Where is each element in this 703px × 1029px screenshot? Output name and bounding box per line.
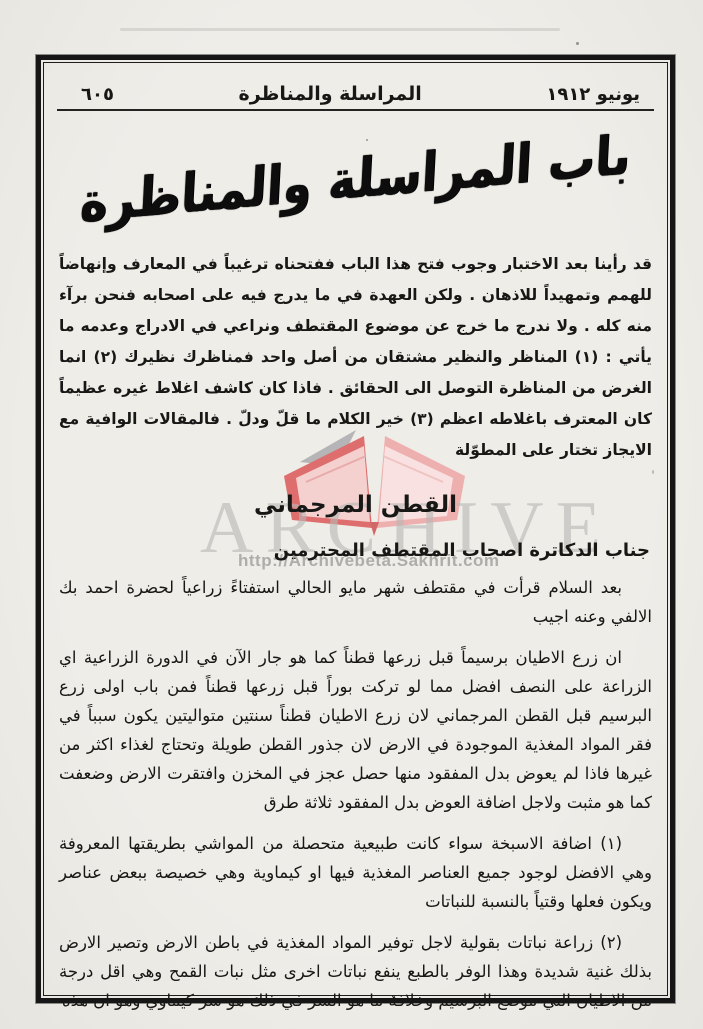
article-heading: القطن المرجماني [57,492,654,518]
editorial-intro: قد رأينا بعد الاختبار وجوب فتح هذا الباب… [59,249,652,466]
article-paragraph: بعد السلام قرأت في مقتطف شهر مايو الحالي… [59,573,652,631]
scan-speck [576,42,579,45]
scanned-magazine-page: ARCHIVE http://Archivebeta.Sakhrit.com ي… [0,0,703,1029]
page-content: يونيو ١٩١٢ المراسلة والمناظرة ٦٠٥ باب ال… [43,62,668,996]
article-paragraph: ان زرع الاطيان برسيماً قبل زرعها قطناً ك… [59,643,652,817]
section-title: المراسلة والمناظرة [239,83,422,105]
running-header: يونيو ١٩١٢ المراسلة والمناظرة ٦٠٥ [57,63,654,111]
article-paragraph: (٢) زراعة نباتات بقولية لاجل توفير الموا… [59,928,652,1015]
calligraphic-masthead: باب المراسلة والمناظرة [57,115,654,243]
scan-streak [120,28,560,31]
article-paragraph: (١) اضافة الاسبخة سواء كانت طبيعية متحصل… [59,829,652,916]
issue-date: يونيو ١٩١٢ [546,84,640,105]
article-salutation: جناب الدكاترة اصحاب المقتطف المحترمين [61,540,650,561]
page-number: ٦٠٥ [81,84,114,105]
masthead-calligraphy-text: باب المراسلة والمناظرة [79,123,633,235]
page-border-frame: يونيو ١٩١٢ المراسلة والمناظرة ٦٠٥ باب ال… [36,55,675,1003]
